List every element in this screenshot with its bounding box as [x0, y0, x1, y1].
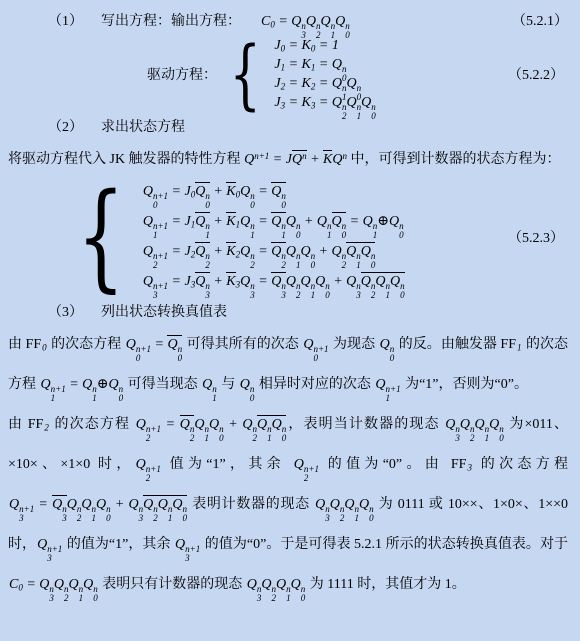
inline-math: 0	[42, 337, 47, 352]
item-3-number: （3）	[48, 301, 83, 325]
inline-math: 2	[44, 417, 49, 432]
paragraph-ff0-ff1-analysis: 由 FF0 的次态方程 Qn+10 = Qn0 可得其所有的次态 Qn+10 为…	[8, 325, 568, 405]
equation-line: J2 = K2 = Qn1Qn0	[274, 74, 375, 93]
inline-math: Qn+1 = JQn + KQn	[244, 152, 347, 167]
inline-math: 1	[517, 337, 522, 352]
state-equations-block: { Qn+10 = J0Qn0 + K0Qn0 = Qn0Qn+11 = J1Q…	[64, 177, 568, 297]
item-2-text: 求出状态方程	[101, 116, 185, 140]
item-2-number: （2）	[48, 116, 83, 140]
inline-math: Qn+12	[294, 457, 319, 472]
inline-math: Qn0	[380, 337, 395, 352]
inline-math: Qn+10	[303, 337, 328, 352]
equation-line: Qn+12 = J2Qn2 + K2Qn2 = Qn2Qn1Qn0 + Qn2Q…	[143, 237, 405, 267]
equation-number-5-2-3: （5.2.3）	[508, 227, 564, 247]
item-3-text: 列出状态转换真值表	[101, 301, 227, 325]
inline-math: 3	[467, 457, 472, 472]
state-equation-list: Qn+10 = J0Qn0 + K0Qn0 = Qn0Qn+11 = J1Qn1…	[143, 177, 405, 297]
inline-math: Qn0	[240, 377, 255, 392]
equation-line: J0 = K0 = 1	[274, 36, 375, 55]
item-3-line: （3） 列出状态转换真值表	[8, 301, 568, 325]
drive-equations-block: 驱动方程： { J0 = K0 = 1J1 = K1 = Qn0J2 = K2 …	[147, 36, 568, 112]
equation-line: J3 = K3 = Qn2Qn1Qn0	[274, 93, 375, 112]
left-brace: {	[77, 179, 125, 295]
drive-equations-label: 驱动方程：	[147, 64, 217, 84]
equation-line: Qn+10 = J0Qn0 + K0Qn0 = Qn0	[143, 177, 405, 207]
equation-number-5-2-1: （5.2.1）	[512, 10, 568, 34]
inline-math: Qn+13	[37, 537, 62, 552]
inline-math: Qn1	[202, 377, 217, 392]
inline-math: Qn+11 = Qn1⊕Qn0	[41, 377, 124, 392]
item-1-text: 写出方程：输出方程：	[101, 10, 241, 34]
inline-math: Qn3Qn2Qn1Qn0	[247, 577, 306, 592]
item-1-line: （1） 写出方程：输出方程： C0 = Qn3Qn2Qn1Qn0 （5.2.1）	[8, 10, 568, 34]
equation-line: Qn+13 = J3Qn3 + K3Qn3 = Qn3Qn2Qn1Qn0 + Q…	[143, 267, 405, 297]
inline-math: Qn3Qn2Qn1Qn0	[315, 497, 374, 512]
inline-math: Qn+13	[175, 537, 200, 552]
inline-math: Qn+11	[375, 377, 400, 392]
inline-math: Qn+13 = Qn3Qn2Qn1Qn0 + Qn3Qn2Qn1Qn0	[9, 497, 187, 512]
equation-line: Qn+11 = J1Qn1 + K1Qn1 = Qn1Qn0 + Qn1Qn0 …	[143, 207, 405, 237]
drive-equation-list: J0 = K0 = 1J1 = K1 = Qn0J2 = K2 = Qn1Qn0…	[274, 36, 375, 112]
inline-math: Qn+12	[136, 457, 161, 472]
inline-math: C0 = Qn3Qn2Qn1Qn0	[9, 577, 98, 592]
inline-math: Qn3Qn2Qn1Qn0	[445, 417, 504, 432]
inline-math: Qn+10 = Qn0	[126, 337, 182, 352]
left-brace: {	[229, 36, 260, 112]
equation-line: J1 = K1 = Qn0	[274, 55, 375, 74]
equation-number-5-2-2: （5.2.2）	[508, 64, 564, 84]
item-2-line: （2） 求出状态方程	[8, 116, 568, 140]
document-page: （1） 写出方程：输出方程： C0 = Qn3Qn2Qn1Qn0 （5.2.1）…	[0, 0, 580, 605]
inline-math: C0 = Qn3Qn2Qn1Qn0	[261, 14, 350, 29]
item-1-number: （1）	[48, 10, 83, 34]
paragraph-ff2-ff3-analysis: 由 FF2 的次态方程 Qn+12 = Qn2Qn1Qn0 + Qn2Qn1Qn…	[8, 405, 568, 605]
inline-math: Qn+12 = Qn2Qn1Qn0 + Qn2Qn1Qn0	[136, 417, 286, 432]
